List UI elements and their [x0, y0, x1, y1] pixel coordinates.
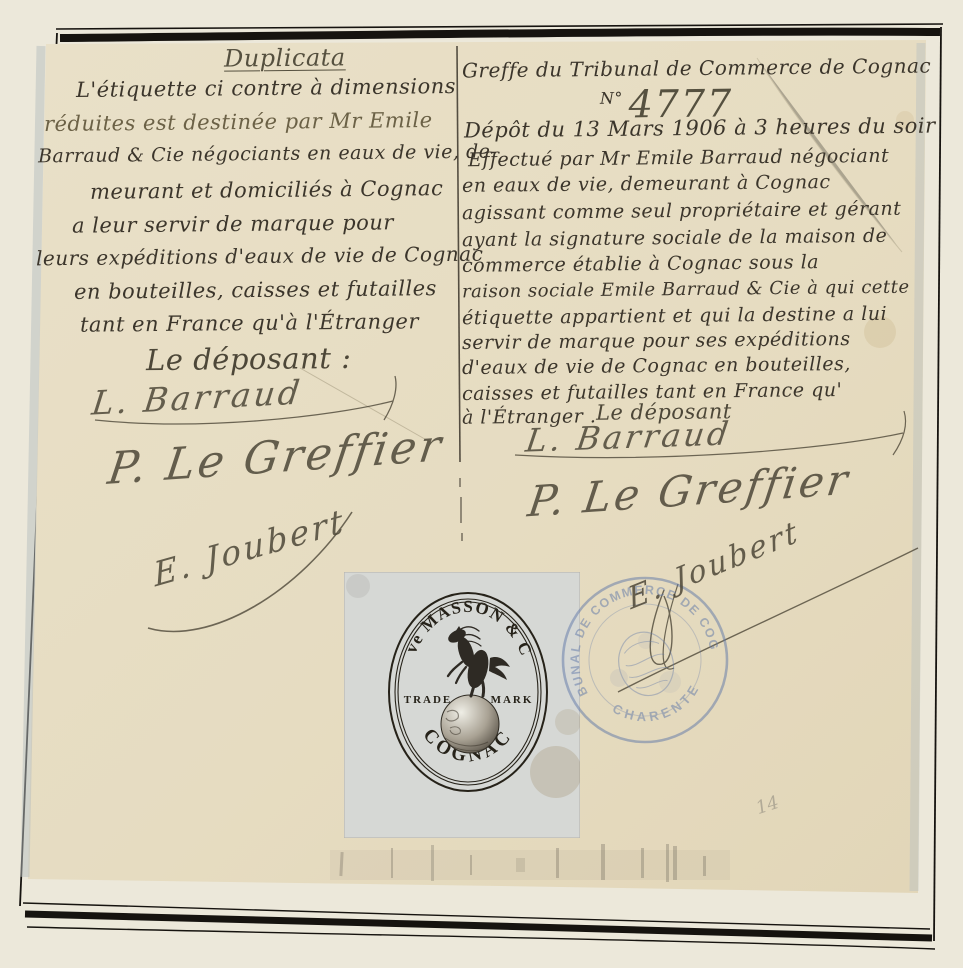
scanned-document-page: Duplicata L'étiquette ci contre à dimens… [0, 0, 963, 968]
handwritten-line: leurs expéditions d'eaux de vie de Cogna… [36, 242, 484, 271]
handwritten-line: meurant et domiciliés à Cognac [90, 176, 444, 204]
greffe-header: Greffe du Tribunal de Commerce de Cognac [462, 54, 931, 83]
handwritten-line: Dépôt du 13 Mars 1906 à 3 heures du soir [464, 114, 936, 143]
trade-text: TRADE [404, 694, 453, 706]
handwritten-line: a leur servir de marque pour [72, 210, 394, 237]
number-prefix: N° [600, 88, 623, 107]
handwritten-line: tant en France qu'à l'Étranger [80, 309, 419, 337]
handwritten-line: en bouteilles, caisses et futailles [74, 276, 437, 304]
duplicata-heading: Duplicata [224, 43, 346, 72]
signature-barraud: L. Barraud [523, 414, 733, 459]
handwritten-line: agissant comme seul propriétaire et géra… [462, 198, 902, 225]
handwritten-line: réduites est destinée par Mr Emile [44, 108, 433, 136]
handwritten-line: servir de marque pour ses expéditions [462, 328, 851, 354]
handwritten-line: étiquette appartient et qui la destine a… [462, 303, 887, 329]
handwritten-line: en eaux de vie, demeurant à Cognac [462, 171, 831, 197]
handwritten-line: commerce établie à Cognac sous la [462, 251, 819, 277]
trademark-label: Vve MASSON & Co COGNAC TRADE MARK [344, 572, 580, 838]
handwritten-line: L'étiquette ci contre à dimensions [76, 74, 456, 102]
closing-le-deposant: Le déposant : [146, 341, 352, 377]
mark-text: MARK [491, 694, 534, 706]
handwritten-line: ayant la signature sociale de la maison … [462, 225, 888, 251]
handwritten-line: Effectué par Mr Emile Barraud négociant [468, 145, 889, 171]
handwritten-line: d'eaux de vie de Cognac en bouteilles, [462, 353, 851, 379]
